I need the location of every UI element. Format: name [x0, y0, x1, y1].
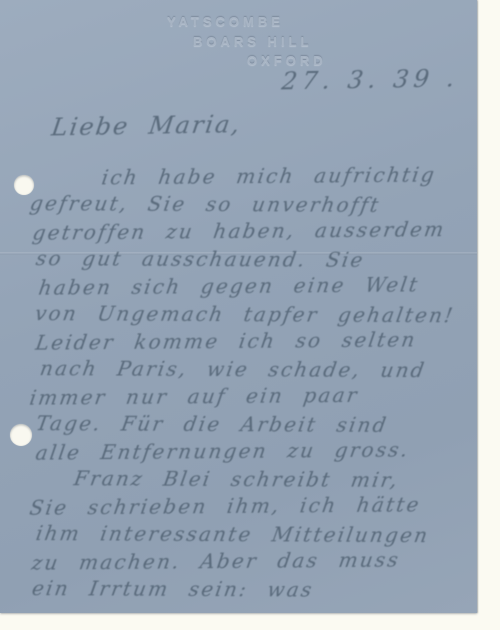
letter-line: Tage. Für die Arbeit sind	[34, 409, 477, 439]
letter-line: alle Entfernungen zu gross.	[34, 436, 478, 467]
salutation: Liebe Maria,	[50, 110, 243, 141]
letter-line: getroffen zu haben, ausserdem	[31, 216, 478, 247]
letter-line: nach Paris, wie schade, und	[38, 354, 477, 384]
letter-body: ich habe mich aufrichtig gefreut, Sie so…	[30, 163, 475, 603]
letter-line: so gut ausschauend. Sie	[34, 244, 477, 274]
letter-line: gefreut, Sie so unverhofft	[28, 189, 477, 219]
letter-line: haben sich gegen eine Welt	[37, 271, 478, 302]
letter-line: Franz Blei schreibt mir,	[72, 464, 477, 494]
letterhead-locality: BOARS HILL	[193, 34, 312, 49]
letter-line: zu machen. Aber das muss	[30, 546, 478, 577]
handwritten-date: 27. 3. 39 .	[280, 64, 461, 95]
letter-line: ihm interessante Mitteilungen	[34, 519, 477, 549]
letter-line: von Ungemach tapfer gehalten!	[33, 299, 477, 329]
letter-line: Leider komme ich so selten	[34, 326, 478, 357]
punch-hole-bottom	[10, 424, 32, 446]
letter-line: immer nur auf ein paar	[28, 381, 478, 412]
punch-hole-top	[14, 175, 34, 195]
letter-line: ein Irrtum sein: was	[30, 574, 477, 604]
letterhead-city: OXFORD	[247, 53, 327, 68]
letter-line: Sie schrieben ihm, ich hätte	[28, 491, 478, 522]
letter-line: ich habe mich aufrichtig	[100, 161, 478, 192]
letter-scan: YATSCOMBE BOARS HILL OXFORD 27. 3. 39 . …	[0, 0, 500, 630]
letterhead-estate: YATSCOMBE	[167, 14, 284, 29]
letter-paper: YATSCOMBE BOARS HILL OXFORD 27. 3. 39 . …	[0, 0, 477, 613]
